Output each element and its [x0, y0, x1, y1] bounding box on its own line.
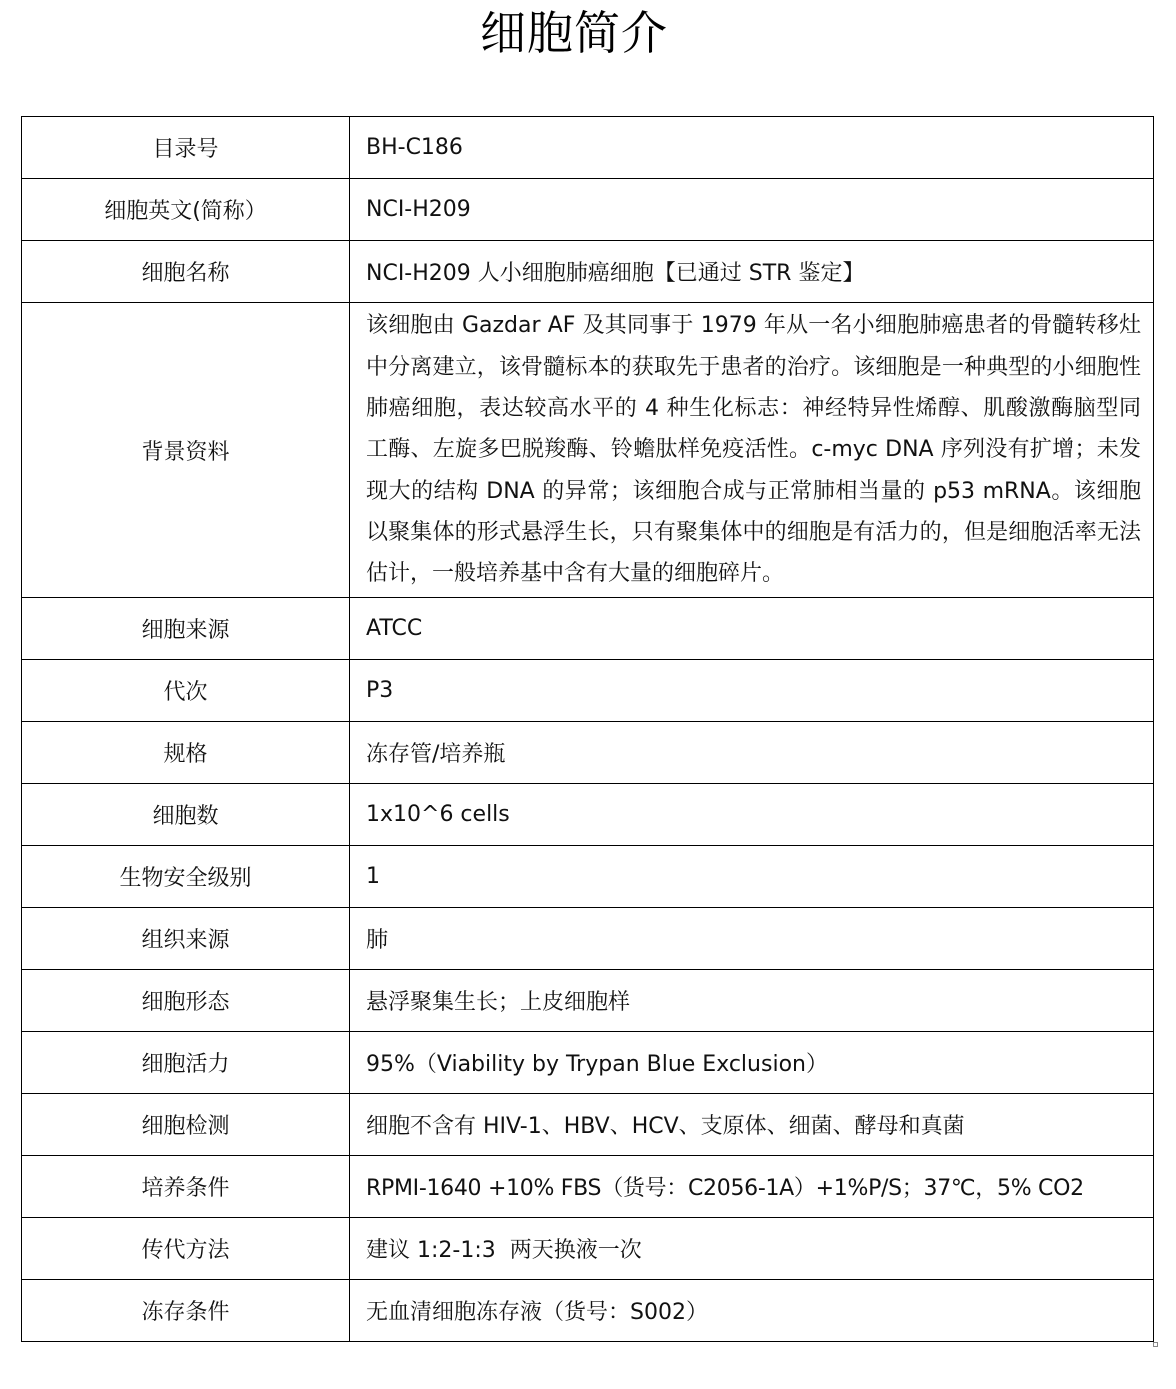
- row-label: 细胞检测: [22, 1094, 350, 1156]
- row-value: 细胞不含有 HIV-1、HBV、HCV、支原体、细菌、酵母和真菌: [350, 1094, 1154, 1156]
- table-row-biosafety-level: 生物安全级别 1: [22, 846, 1154, 908]
- table-row-morphology: 细胞形态 悬浮聚集生长；上皮细胞样: [22, 970, 1154, 1032]
- row-label: 细胞数: [22, 784, 350, 846]
- row-value: 肺: [350, 908, 1154, 970]
- row-label: 细胞来源: [22, 598, 350, 660]
- table-end-marker: [1153, 1342, 1158, 1347]
- row-label: 培养条件: [22, 1156, 350, 1218]
- row-label: 背景资料: [22, 303, 350, 598]
- table-row-background: 背景资料 该细胞由 Gazdar AF 及其同事于 1979 年从一名小细胞肺癌…: [22, 303, 1154, 598]
- table-row-cell-count: 细胞数 1x10^6 cells: [22, 784, 1154, 846]
- row-label: 传代方法: [22, 1218, 350, 1280]
- table-row-cell-name: 细胞名称 NCI-H209 人小细胞肺癌细胞【已通过 STR 鉴定】: [22, 241, 1154, 303]
- table-row-subculture-method: 传代方法 建议 1:2-1:3 两天换液一次: [22, 1218, 1154, 1280]
- page-title: 细胞简介: [0, 4, 1148, 62]
- table-row-culture-conditions: 培养条件 RPMI-1640 +10% FBS（货号：C2056-1A）+1%P…: [22, 1156, 1154, 1218]
- row-label: 目录号: [22, 117, 350, 179]
- row-label: 细胞活力: [22, 1032, 350, 1094]
- table-row-testing: 细胞检测 细胞不含有 HIV-1、HBV、HCV、支原体、细菌、酵母和真菌: [22, 1094, 1154, 1156]
- row-value: 该细胞由 Gazdar AF 及其同事于 1979 年从一名小细胞肺癌患者的骨髓…: [350, 303, 1154, 598]
- table-row-cryopreservation: 冻存条件 无血清细胞冻存液（货号：S002）: [22, 1280, 1154, 1342]
- row-value: 95%（Viability by Trypan Blue Exclusion）: [350, 1032, 1154, 1094]
- cell-info-table: 目录号 BH-C186 细胞英文(简称） NCI-H209 细胞名称 NCI-H…: [21, 116, 1154, 1342]
- row-value: 冻存管/培养瓶: [350, 722, 1154, 784]
- row-label: 代次: [22, 660, 350, 722]
- row-value: P3: [350, 660, 1154, 722]
- row-label: 细胞形态: [22, 970, 350, 1032]
- table-row-cell-source: 细胞来源 ATCC: [22, 598, 1154, 660]
- row-value: ATCC: [350, 598, 1154, 660]
- row-label: 细胞名称: [22, 241, 350, 303]
- table-row-catalog-number: 目录号 BH-C186: [22, 117, 1154, 179]
- row-value: BH-C186: [350, 117, 1154, 179]
- row-value: 无血清细胞冻存液（货号：S002）: [350, 1280, 1154, 1342]
- row-value: NCI-H209 人小细胞肺癌细胞【已通过 STR 鉴定】: [350, 241, 1154, 303]
- row-value: 1: [350, 846, 1154, 908]
- row-label: 生物安全级别: [22, 846, 350, 908]
- table-row-tissue-source: 组织来源 肺: [22, 908, 1154, 970]
- table-row-english-name: 细胞英文(简称） NCI-H209: [22, 179, 1154, 241]
- table-row-passage: 代次 P3: [22, 660, 1154, 722]
- row-value: 悬浮聚集生长；上皮细胞样: [350, 970, 1154, 1032]
- row-value: 建议 1:2-1:3 两天换液一次: [350, 1218, 1154, 1280]
- row-label: 规格: [22, 722, 350, 784]
- row-label: 细胞英文(简称）: [22, 179, 350, 241]
- row-value: 1x10^6 cells: [350, 784, 1154, 846]
- table-row-specification: 规格 冻存管/培养瓶: [22, 722, 1154, 784]
- row-value: RPMI-1640 +10% FBS（货号：C2056-1A）+1%P/S；37…: [350, 1156, 1154, 1218]
- table-row-viability: 细胞活力 95%（Viability by Trypan Blue Exclus…: [22, 1032, 1154, 1094]
- row-value: NCI-H209: [350, 179, 1154, 241]
- row-label: 冻存条件: [22, 1280, 350, 1342]
- row-label: 组织来源: [22, 908, 350, 970]
